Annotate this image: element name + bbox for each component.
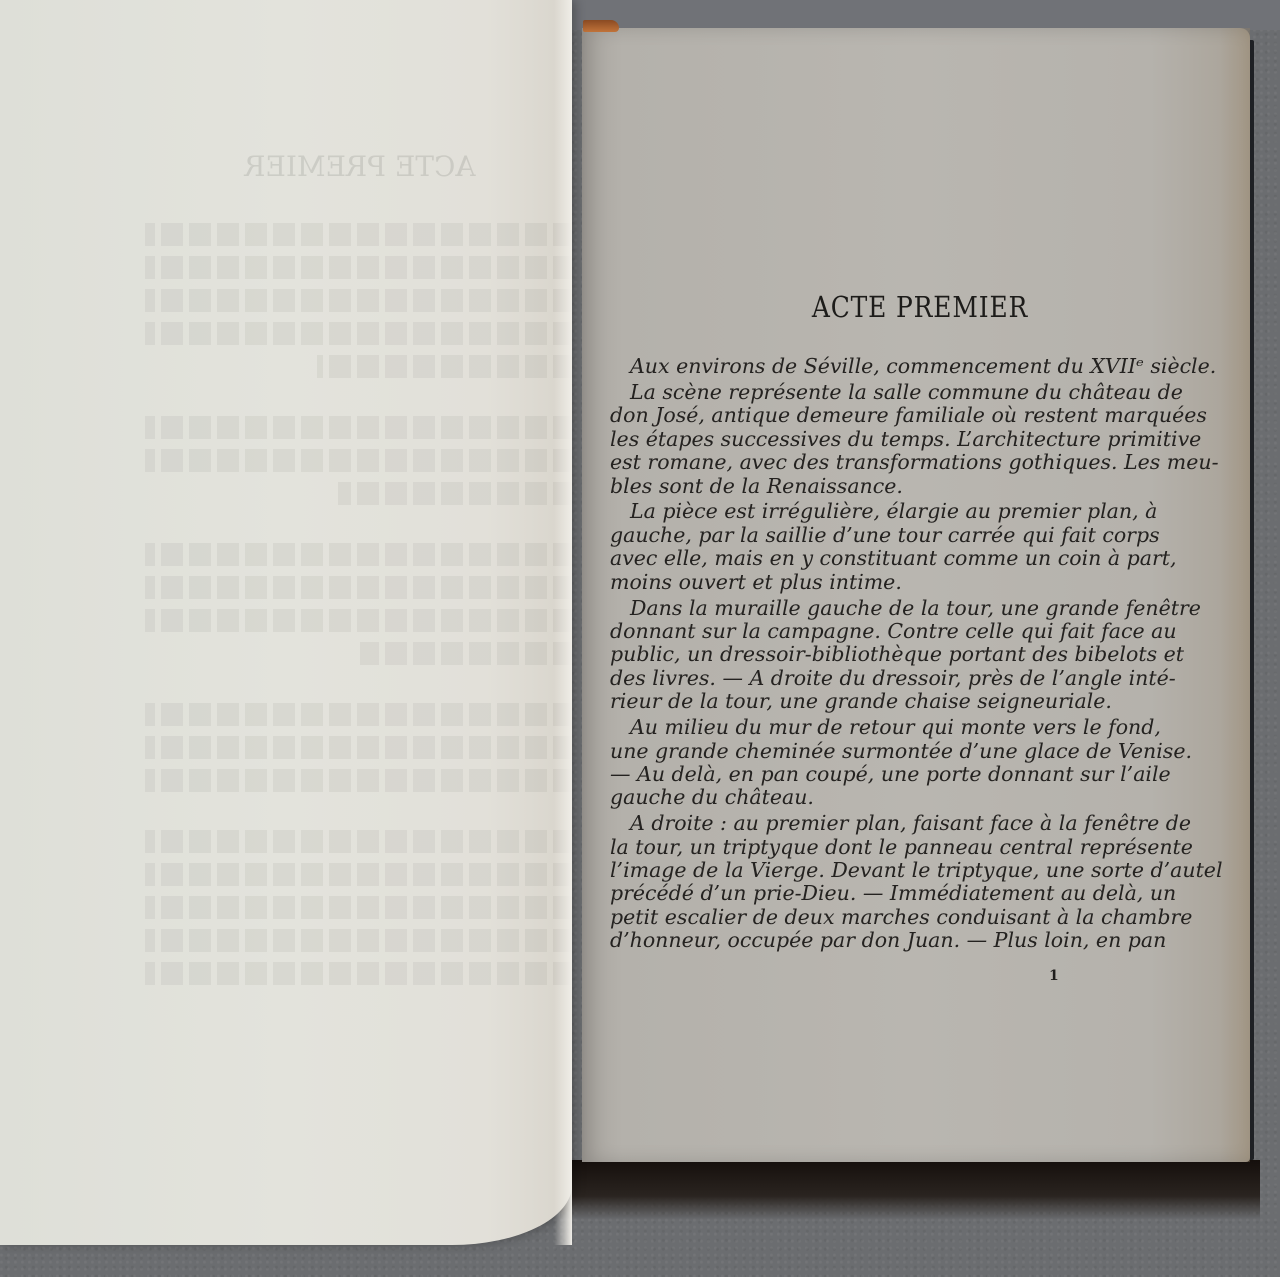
text-line: rieur de la tour, une grande chaise seig…	[610, 690, 1116, 713]
table-surface	[560, 0, 1280, 30]
text-line: Aux environs de Séville, commencement du…	[610, 355, 1116, 378]
paragraph-setting: Aux environs de Séville, commencement du…	[610, 355, 1116, 378]
right-page: ACTE PREMIER Aux environs de Séville, co…	[582, 28, 1250, 1162]
show-through-line	[145, 896, 575, 919]
text-line: une grande cheminée surmontée d’une glac…	[610, 740, 1116, 763]
left-page: ACTE PREMIER	[0, 0, 572, 1245]
paragraph-room: La pièce est irrégulière, élargie au pre…	[610, 500, 1116, 594]
show-through-line	[145, 543, 575, 566]
text-line: bles sont de la Renaissance.	[610, 475, 1116, 498]
paragraph-fireplace: Au milieu du mur de retour qui monte ver…	[610, 716, 1116, 810]
show-through-line	[145, 769, 575, 792]
show-through-line	[145, 289, 575, 312]
text-line: petit escalier de deux marches conduisan…	[610, 906, 1116, 929]
show-through-line	[317, 355, 575, 378]
text-line: des livres. — A droite du dressoir, près…	[610, 667, 1116, 690]
text-line: est romane, avec des transformations got…	[610, 451, 1116, 474]
text-line: avec elle, mais en y constituant comme u…	[610, 547, 1116, 570]
text-line: La scène représente la salle commune du …	[610, 381, 1116, 404]
text-line: donnant sur la campagne. Contre celle qu…	[610, 620, 1116, 643]
show-through-text: ACTE PREMIER	[145, 150, 575, 995]
show-through-line	[145, 322, 575, 345]
show-through-line	[145, 223, 575, 246]
paragraph-tower-wall: Dans la muraille gauche de la tour, une …	[610, 597, 1116, 714]
text-line: gauche du château.	[610, 786, 1116, 809]
text-line: A droite : au premier plan, faisant face…	[610, 812, 1116, 835]
text-line: l’image de la Vierge. Devant le triptyqu…	[610, 859, 1116, 882]
headband	[583, 20, 619, 32]
page-heading: ACTE PREMIER	[633, 290, 1207, 324]
show-through-line	[145, 256, 575, 279]
text-line: Au milieu du mur de retour qui monte ver…	[610, 716, 1116, 739]
text-line: Dans la muraille gauche de la tour, une …	[610, 597, 1116, 620]
paragraph-scene: La scène représente la salle commune du …	[610, 381, 1116, 498]
show-through-line	[339, 482, 576, 505]
show-through-line	[145, 609, 575, 632]
show-through-line	[145, 449, 575, 472]
text-line: d’honneur, occupée par don Juan. — Plus …	[610, 929, 1116, 952]
show-through-line	[145, 576, 575, 599]
show-through-line	[145, 416, 575, 439]
show-through-line	[145, 962, 575, 985]
show-through-line	[145, 863, 575, 886]
paragraph-right-side: A droite : au premier plan, faisant face…	[610, 812, 1116, 952]
show-through-line	[145, 736, 575, 759]
show-through-heading: ACTE PREMIER	[145, 150, 575, 183]
show-through-line	[145, 830, 575, 853]
page-number: 1	[1049, 968, 1059, 984]
text-line: les étapes successives du temps. L’archi…	[610, 428, 1116, 451]
text-line: — Au delà, en pan coupé, une porte donna…	[610, 763, 1116, 786]
text-line: moins ouvert et plus intime.	[610, 571, 1116, 594]
stage-directions: Aux environs de Séville, commencement du…	[610, 355, 1116, 955]
text-line: public, un dressoir-bibliothèque portant…	[610, 643, 1116, 666]
text-line: la tour, un triptyque dont le panneau ce…	[610, 836, 1116, 859]
show-through-line	[360, 642, 575, 665]
text-line: La pièce est irrégulière, élargie au pre…	[610, 500, 1116, 523]
text-line: précédé d’un prie-Dieu. — Immédiatement …	[610, 882, 1116, 905]
book-shadow	[560, 1160, 1260, 1220]
text-line: gauche, par la saillie d’une tour carrée…	[610, 524, 1116, 547]
show-through-line	[145, 929, 575, 952]
show-through-line	[145, 703, 575, 726]
text-line: don José, antique demeure familiale où r…	[610, 404, 1116, 427]
